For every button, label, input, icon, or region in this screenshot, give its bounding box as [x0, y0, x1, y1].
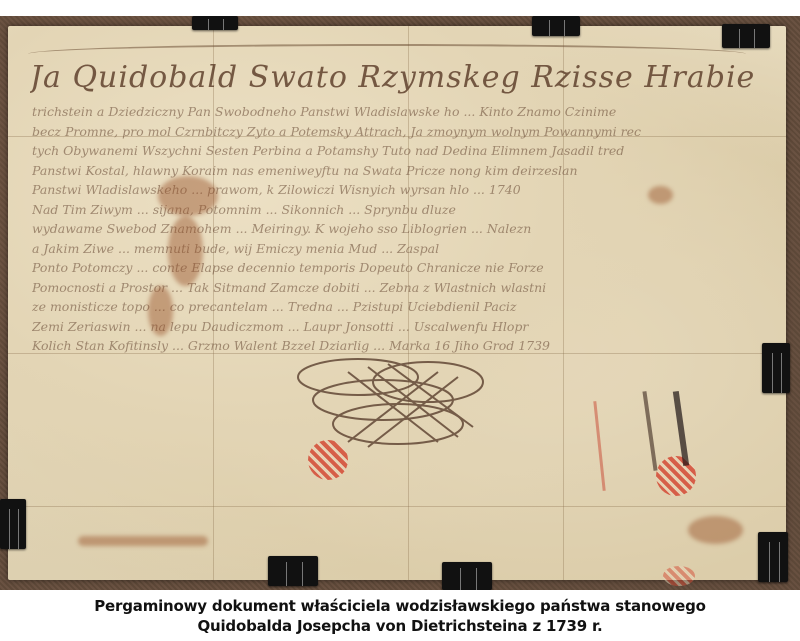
stain [78, 536, 208, 546]
script-line: ze monisticze topo ... co precantelam ..… [32, 297, 758, 317]
script-line: tych Obywanemi Wszychni Sesten Perbina a… [32, 141, 758, 161]
binder-clip [758, 532, 788, 582]
script-line: trichstein a Dziedziczny Pan Swobodneho … [32, 102, 758, 122]
fold-line [8, 506, 786, 507]
binder-clip [0, 499, 26, 549]
red-seal-bottom-right [663, 566, 695, 586]
script-line: Panstwi Kostal, hlawny Koraim nas emeniw… [32, 161, 758, 181]
caption-line-1: Pergaminowy dokument właściciela wodzisł… [0, 596, 800, 616]
binder-clip [722, 24, 770, 48]
vertical-annotation [642, 391, 657, 471]
parchment-sheet: Ja Quidobald Swato Rzymskeg Rzisse Hrabi… [8, 26, 786, 580]
top-white-strip [0, 0, 800, 17]
stain [648, 186, 673, 204]
stain [148, 286, 173, 336]
document-body-text: trichstein a Dziedziczny Pan Swobodneho … [32, 102, 758, 382]
photo-caption: Pergaminowy dokument właściciela wodzisł… [0, 596, 800, 636]
binder-clip [192, 16, 238, 30]
stain [688, 516, 743, 544]
script-line: becz Promne, pro mol Czrnbitczy Zyto a P… [32, 122, 758, 142]
red-annotation [593, 401, 605, 491]
binder-clip [762, 343, 790, 393]
document-photo: Ja Quidobald Swato Rzymskeg Rzisse Hrabi… [0, 16, 800, 590]
caption-line-2: Quidobalda Josepcha von Dietrichsteina z… [0, 616, 800, 636]
red-seal-right [656, 456, 696, 496]
red-seal-left [308, 440, 348, 480]
stain [168, 216, 203, 286]
stain [158, 176, 218, 216]
binder-clip [532, 16, 580, 36]
document-heading: Ja Quidobald Swato Rzymskeg Rzisse Hrabi… [30, 60, 756, 95]
script-line: a Jakim Ziwe ... memnuti bude, wij Emicz… [32, 239, 758, 259]
script-line: Pomocnosti a Prostor ... Tak Sitmand Zam… [32, 278, 758, 298]
script-line: Zemi Zeriaswin ... na lepu Daudiczmom ..… [32, 317, 758, 337]
binder-clip [442, 562, 492, 590]
vertical-annotation [673, 391, 689, 466]
script-line: wydawame Swebod Znamohem ... Meiringy. K… [32, 219, 758, 239]
script-line: Ponto Potomczy ... conte Elapse decennio… [32, 258, 758, 278]
script-line: Nad Tim Ziwym ... sijana, Potomnim ... S… [32, 200, 758, 220]
binder-clip [268, 556, 318, 586]
